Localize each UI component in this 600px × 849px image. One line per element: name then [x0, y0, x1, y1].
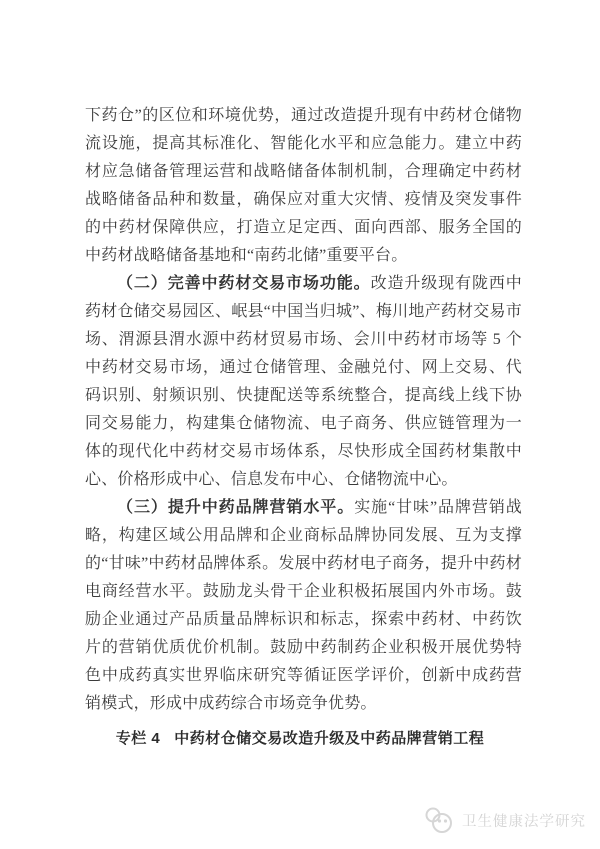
watermark: 卫生健康法学研究 — [423, 806, 586, 834]
paragraph-heading: （三）提升中药品牌营销水平。 — [117, 499, 354, 516]
watermark-logo-icon — [423, 806, 455, 834]
document-page: 下药仓”的区位和环境优势，通过改造提升现有中药材仓储物流设施，提高其标准化、智能… — [0, 0, 600, 849]
paragraph-text: 实施“甘味”品牌营销战略，构建区域公用品牌和企业商标品牌协同发展、互为支撑的“甘… — [85, 499, 522, 712]
watermark-text: 卫生健康法学研究 — [462, 810, 586, 831]
caption-label: 专栏 4 — [116, 730, 161, 747]
paragraph-text: 下药仓”的区位和环境优势，通过改造提升现有中药材仓储物流设施，提高其标准化、智能… — [85, 107, 522, 264]
document-body: 下药仓”的区位和环境优势，通过改造提升现有中药材仓储物流设施，提高其标准化、智能… — [85, 102, 522, 718]
paragraph-heading: （二）完善中药材交易市场功能。 — [117, 275, 371, 292]
paragraph: （二）完善中药材交易市场功能。改造升级现有陇西中药材仓储交易园区、岷县“中国当归… — [85, 270, 522, 494]
paragraph: 下药仓”的区位和环境优势，通过改造提升现有中药材仓储物流设施，提高其标准化、智能… — [85, 102, 522, 270]
paragraph-text: 改造升级现有陇西中药材仓储交易园区、岷县“中国当归城”、梅川地产药材交易市场、渭… — [85, 275, 522, 488]
paragraph: （三）提升中药品牌营销水平。实施“甘味”品牌营销战略，构建区域公用品牌和企业商标… — [85, 494, 522, 718]
caption-title: 中药材仓储交易改造升级及中药品牌营销工程 — [174, 730, 484, 747]
box-caption: 专栏 4中药材仓储交易改造升级及中药品牌营销工程 — [0, 727, 600, 748]
